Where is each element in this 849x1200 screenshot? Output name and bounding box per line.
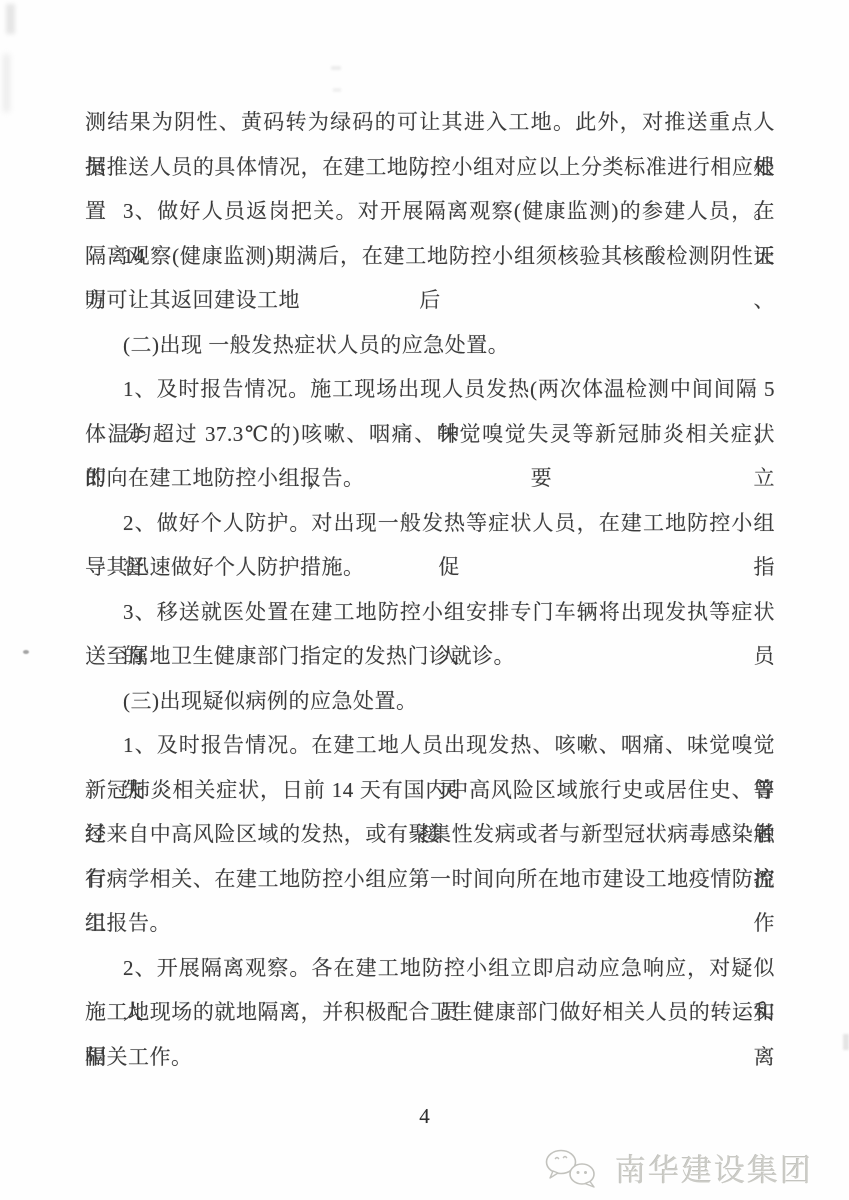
text-line: 据推送人员的具体情况，在建工地防控小组对应以上分类标准进行相应处置。 (85, 145, 775, 190)
wechat-icon (544, 1148, 606, 1192)
scan-smudge (843, 1034, 849, 1050)
scan-smudge (331, 66, 341, 70)
text-line: (二)出现 一般发热症状人员的应急处置。 (85, 323, 775, 368)
text-line: 1、及时报告情况。在建工地人员出现发热、咳嗽、咽痛、味觉嗅觉失灵等 (85, 723, 775, 768)
scan-smudge (6, 4, 15, 34)
text-line: 行病学相关、在建工地防控小组应第一时间向所在地市建设工地疫情防控工作 (85, 857, 775, 902)
page-number: 4 (0, 1104, 849, 1129)
scan-smudge (3, 54, 10, 112)
scan-dot-artifact (23, 650, 29, 654)
text-line: 施工地现场的就地隔离，并积极配合卫生健康部门做好相关人员的转运和隔离 (85, 990, 775, 1035)
document-body: 测结果为阴性、黄码转为绿码的可让其进入工地。此外，对推送重点人员，根 据推送人员… (85, 100, 775, 1079)
text-line: 隔离观察(健康监测)期满后，在建工地防控小组须核验其核酸检测阴性证明后、 (85, 234, 775, 279)
text-line: 3、做好人员返岗把关。对开展隔离观察(健康监测)的参建人员，在 14 天 (85, 189, 775, 234)
brand-name: 南华建设集团 (615, 1155, 813, 1186)
text-line: 新冠肺炎相关症状，日前 14 天有国内中高风险区域旅行史或居住史、曾经接触 (85, 768, 775, 813)
brand-watermark: 南华建设集团 (544, 1148, 813, 1192)
text-line: 2、开展隔离观察。各在建工地防控小组立即启动应急响应，对疑似人员实 (85, 946, 775, 991)
text-line: 1、及时报告情况。施工现场出现人员发热(两次体温检测中间间隔 5 分钟， (85, 367, 775, 412)
document-page: 测结果为阴性、黄码转为绿码的可让其进入工地。此外，对推送重点人员，根 据推送人员… (0, 0, 849, 1200)
text-line: 过来自中高风险区域的发热，或有聚集性发病或者与新型冠状病毒感染者有流 (85, 812, 775, 857)
text-line: (三)出现疑似病例的应急处置。 (85, 679, 775, 724)
text-line: 测结果为阴性、黄码转为绿码的可让其进入工地。此外，对推送重点人员，根 (85, 100, 775, 145)
scan-smudge (333, 88, 341, 92)
text-line: 2、做好个人防护。对出现一般发热等症状人员，在建工地防控小组督促指 (85, 501, 775, 546)
text-line: 3、移送就医处置在建工地防控小组安排专门车辆将出现发执等症状的人员 (85, 590, 775, 635)
text-line: 体温均超过 37.3℃的)咳嗽、咽痛、味觉嗅觉失灵等新冠肺炎相关症状的，要立 (85, 412, 775, 457)
